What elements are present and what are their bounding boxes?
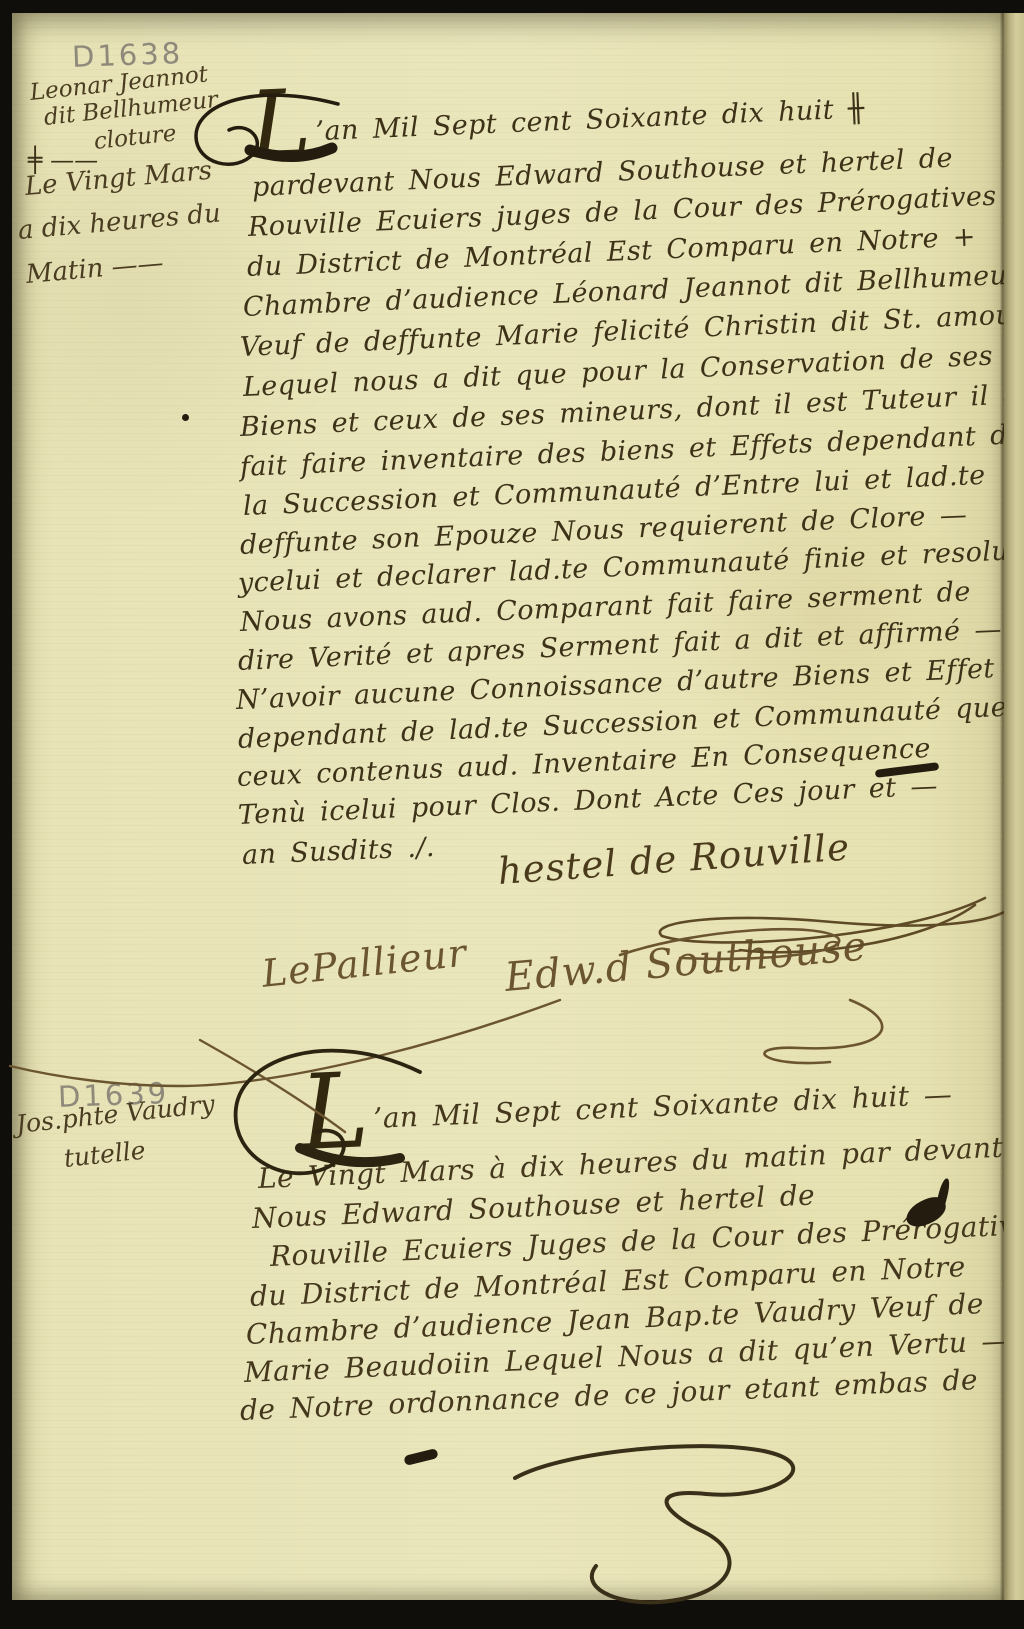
next-page-edge	[1004, 13, 1024, 1600]
initial-cap: L	[248, 69, 314, 178]
ink-dot	[182, 414, 189, 421]
scanned-register-page: { "colors": { "paper": "#eae6bc", "ink":…	[0, 0, 1024, 1629]
initial-cap: L	[297, 1049, 372, 1174]
